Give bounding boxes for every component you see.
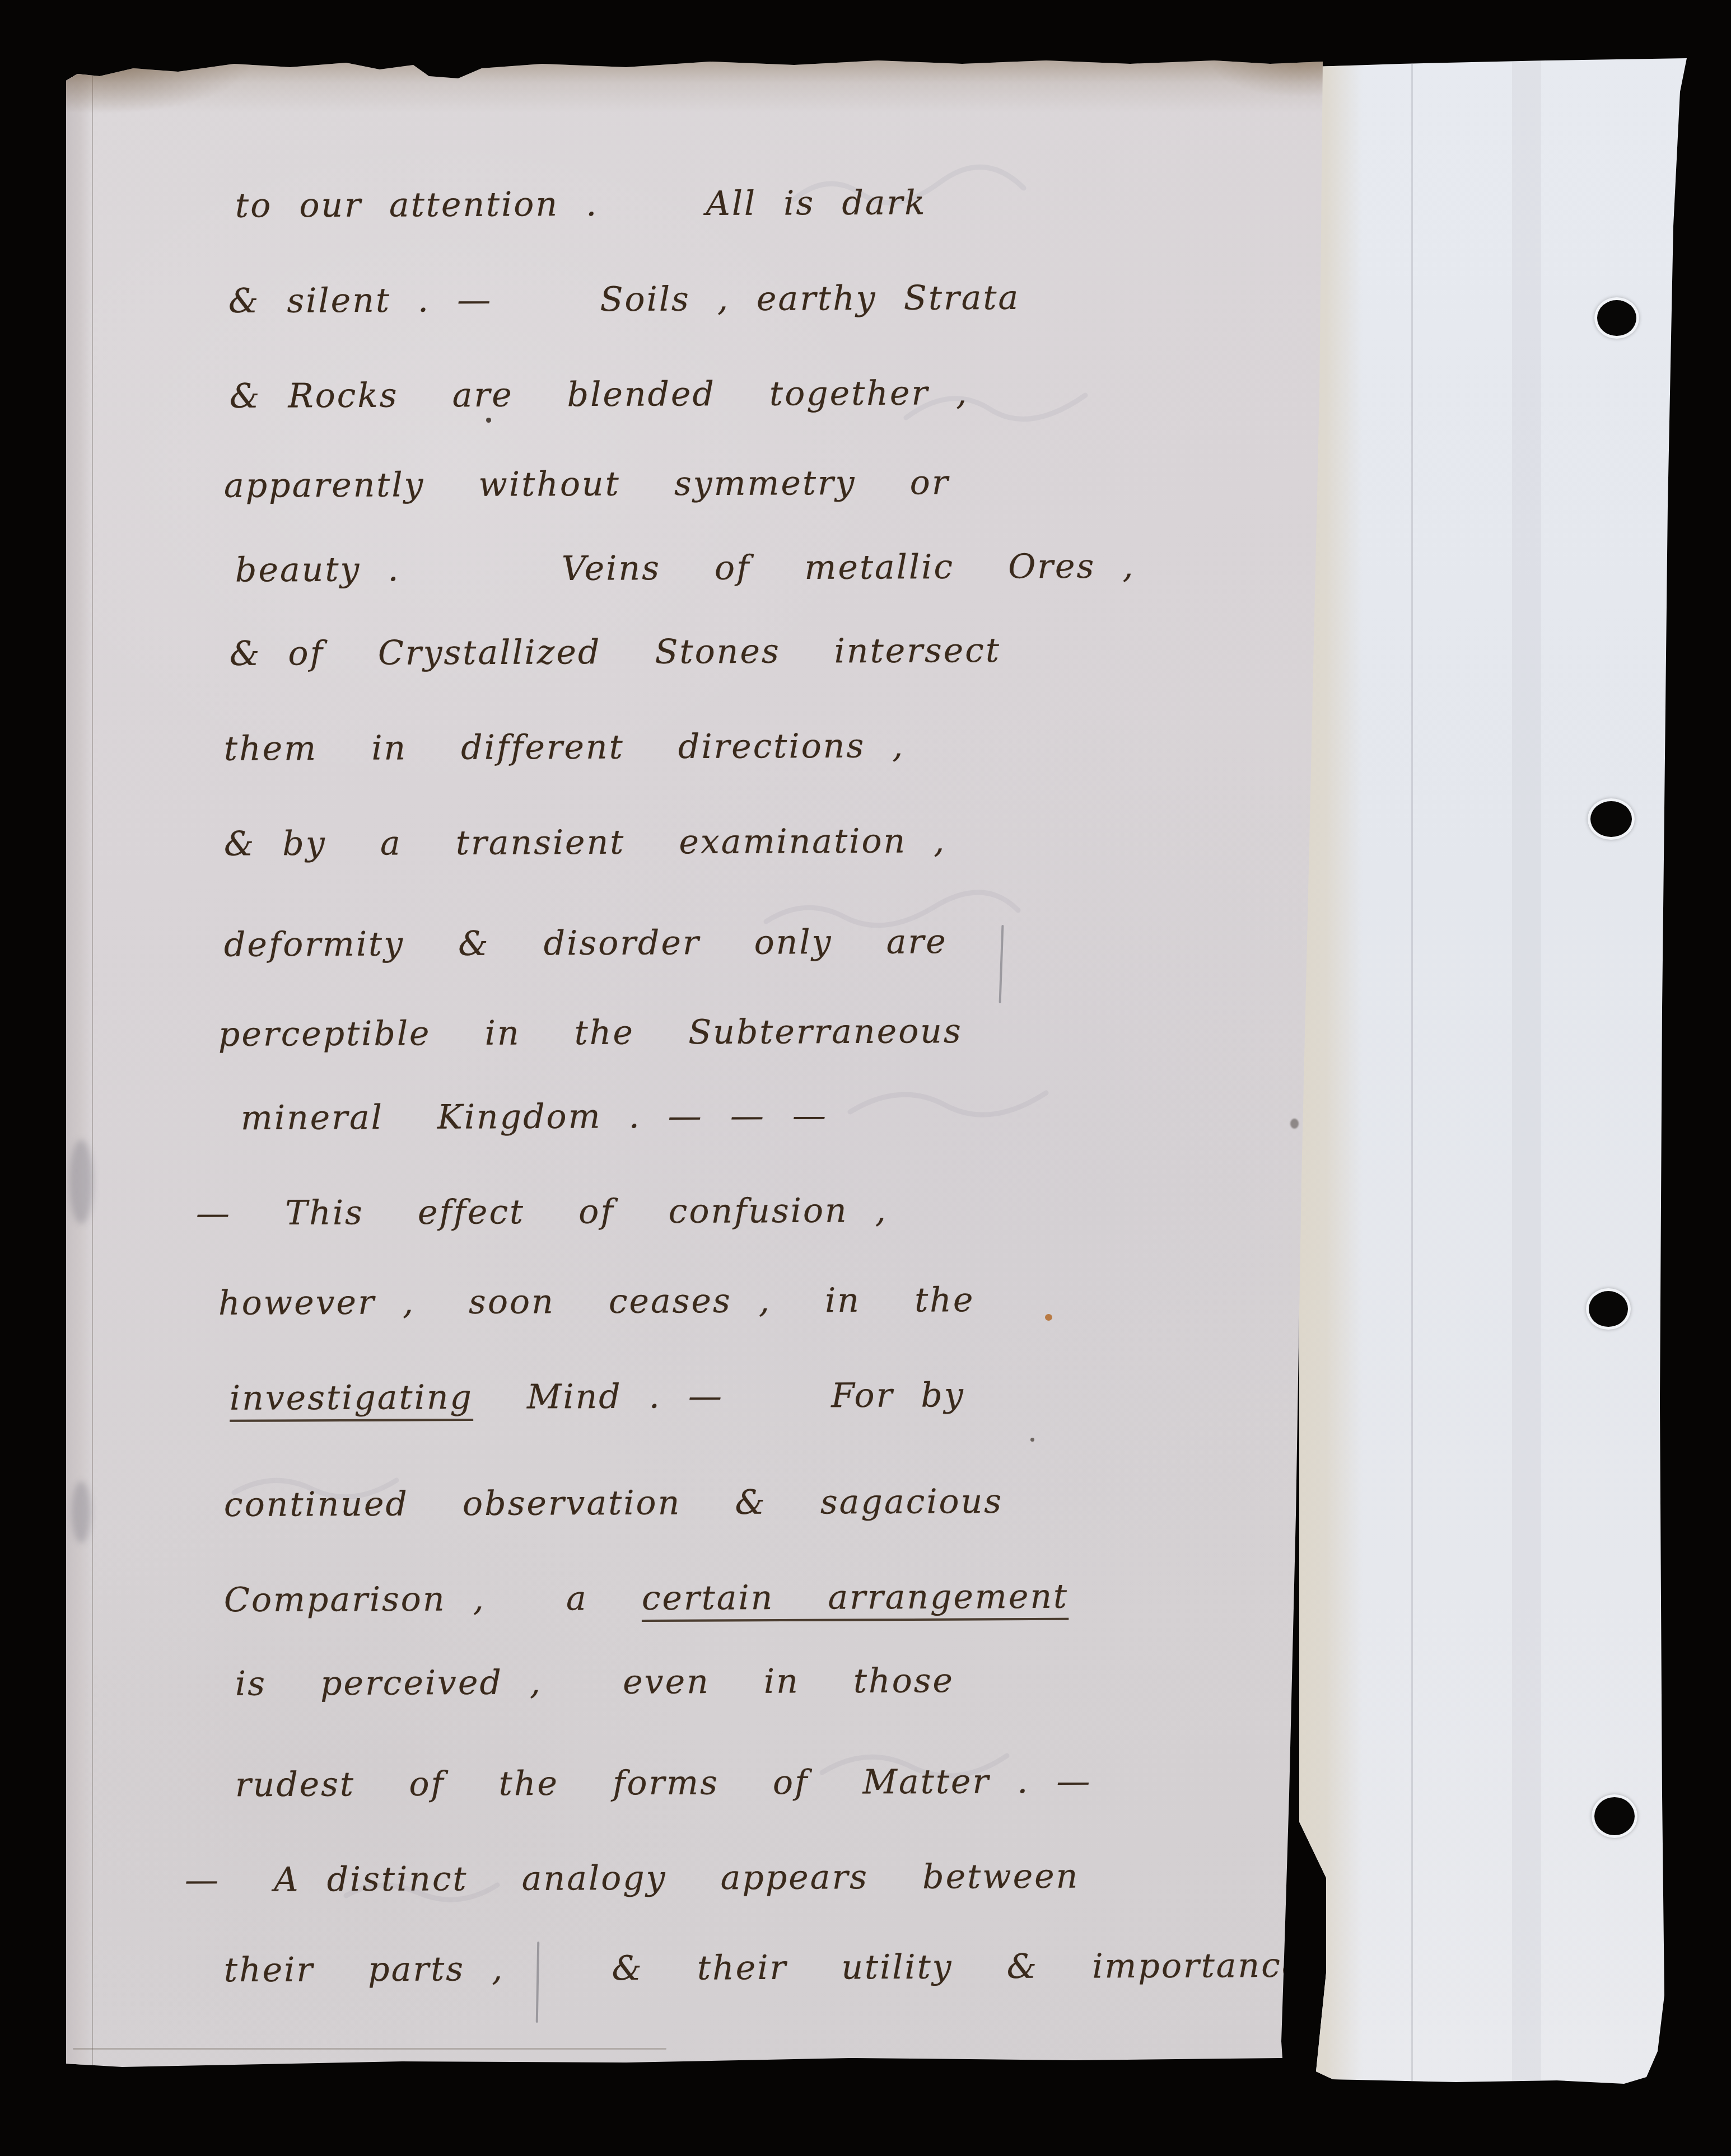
left-deckle-edge bbox=[66, 59, 92, 2069]
handwriting-line: them in different directions , bbox=[224, 726, 905, 768]
handwriting-line: Comparison , a certain arrangement bbox=[224, 1577, 1069, 1620]
pencil-stroke-mark bbox=[999, 925, 1004, 1003]
line-text: Comparison , a bbox=[224, 1579, 642, 1620]
edge-smudge bbox=[72, 1481, 91, 1543]
backing-sheet bbox=[1288, 58, 1688, 2085]
line-text: them in different directions , bbox=[224, 726, 905, 768]
handwriting-line: & silent . — Soils , earthy Strata bbox=[228, 278, 1020, 321]
punch-hole-2 bbox=[1588, 798, 1635, 840]
edge-smudge-spot bbox=[1290, 1119, 1299, 1129]
handwriting-line: — A distinct analogy appears between bbox=[185, 1857, 1080, 1900]
line-text: beauty . Veins of metallic Ores , bbox=[235, 546, 1135, 590]
handwriting-line: to our attention . All is dark bbox=[235, 183, 927, 225]
handwriting-line: — This effect of confusion , bbox=[196, 1191, 888, 1233]
line-text: — This effect of confusion , bbox=[196, 1191, 888, 1233]
edge-smudge bbox=[69, 1140, 93, 1224]
backing-soft-crease bbox=[1512, 58, 1541, 2085]
line-text: — A distinct analogy appears between bbox=[185, 1857, 1080, 1900]
underlined-phrase: certain arrangement bbox=[642, 1577, 1069, 1618]
handwriting-line: & by a transient examination , bbox=[224, 821, 946, 864]
left-edge-crease-line bbox=[92, 59, 93, 2069]
top-right-corner-stain bbox=[1177, 59, 1323, 127]
handwriting-line: however , soon ceases , in the bbox=[218, 1280, 975, 1323]
punch-hole-1 bbox=[1594, 297, 1639, 339]
line-text: to our attention . All is dark bbox=[235, 183, 927, 225]
handwriting-line: & Rocks are blended together , bbox=[230, 373, 969, 416]
handwriting-line: apparently without symmetry or bbox=[224, 463, 950, 506]
rust-speck bbox=[1045, 1314, 1052, 1321]
line-text: continued observation & sagacious bbox=[224, 1482, 1003, 1524]
line-text: is perceived , even in those bbox=[235, 1661, 954, 1704]
line-text: rudest of the forms of Matter . — bbox=[235, 1762, 1092, 1805]
punch-hole-4 bbox=[1592, 1794, 1637, 1838]
handwriting-line: rudest of the forms of Matter . — bbox=[235, 1762, 1092, 1805]
handwriting-line: is perceived , even in those bbox=[235, 1661, 954, 1704]
line-text: Mind . — For by bbox=[473, 1376, 965, 1417]
punch-hole-3 bbox=[1586, 1288, 1631, 1330]
line-text: & Rocks are blended together , bbox=[230, 373, 969, 416]
line-text: however , soon ceases , in the bbox=[218, 1280, 975, 1323]
line-text: perceptible in the Subterraneous bbox=[218, 1012, 963, 1054]
ink-speck bbox=[1030, 1438, 1034, 1442]
handwriting-line: continued observation & sagacious bbox=[224, 1482, 1003, 1524]
underlined-word: investigating bbox=[230, 1378, 473, 1418]
backing-fold-crease bbox=[1411, 58, 1413, 2085]
ink-speck bbox=[486, 418, 491, 423]
handwriting-line: their parts , & their utility & importan… bbox=[224, 1946, 1304, 1990]
handwriting-line: & of Crystallized Stones intersect bbox=[230, 631, 1001, 674]
handwriting-line: deformity & disorder only are bbox=[224, 922, 948, 965]
line-text: deformity & disorder only are bbox=[224, 922, 948, 965]
line-text: mineral Kingdom . — — — bbox=[241, 1096, 828, 1138]
line-text: & by a transient examination , bbox=[224, 821, 946, 864]
line-text: & of Crystallized Stones intersect bbox=[230, 631, 1001, 674]
top-left-corner-stain bbox=[66, 59, 307, 155]
handwriting-line: beauty . Veins of metallic Ores , bbox=[235, 546, 1135, 590]
line-text: their parts , & their utility & importan… bbox=[224, 1946, 1304, 1990]
handwriting-line: mineral Kingdom . — — — bbox=[241, 1096, 828, 1138]
handwriting-line: investigating Mind . — For by bbox=[230, 1376, 965, 1418]
bottom-edge-shadow-line bbox=[73, 2048, 666, 2050]
line-text: & silent . — Soils , earthy Strata bbox=[228, 278, 1020, 321]
handwriting-line: perceptible in the Subterraneous bbox=[218, 1012, 963, 1054]
manuscript-page: to our attention . All is dark & silent … bbox=[66, 59, 1323, 2069]
line-text: apparently without symmetry or bbox=[224, 463, 950, 506]
photo-of-manuscript: to our attention . All is dark & silent … bbox=[0, 0, 1731, 2156]
